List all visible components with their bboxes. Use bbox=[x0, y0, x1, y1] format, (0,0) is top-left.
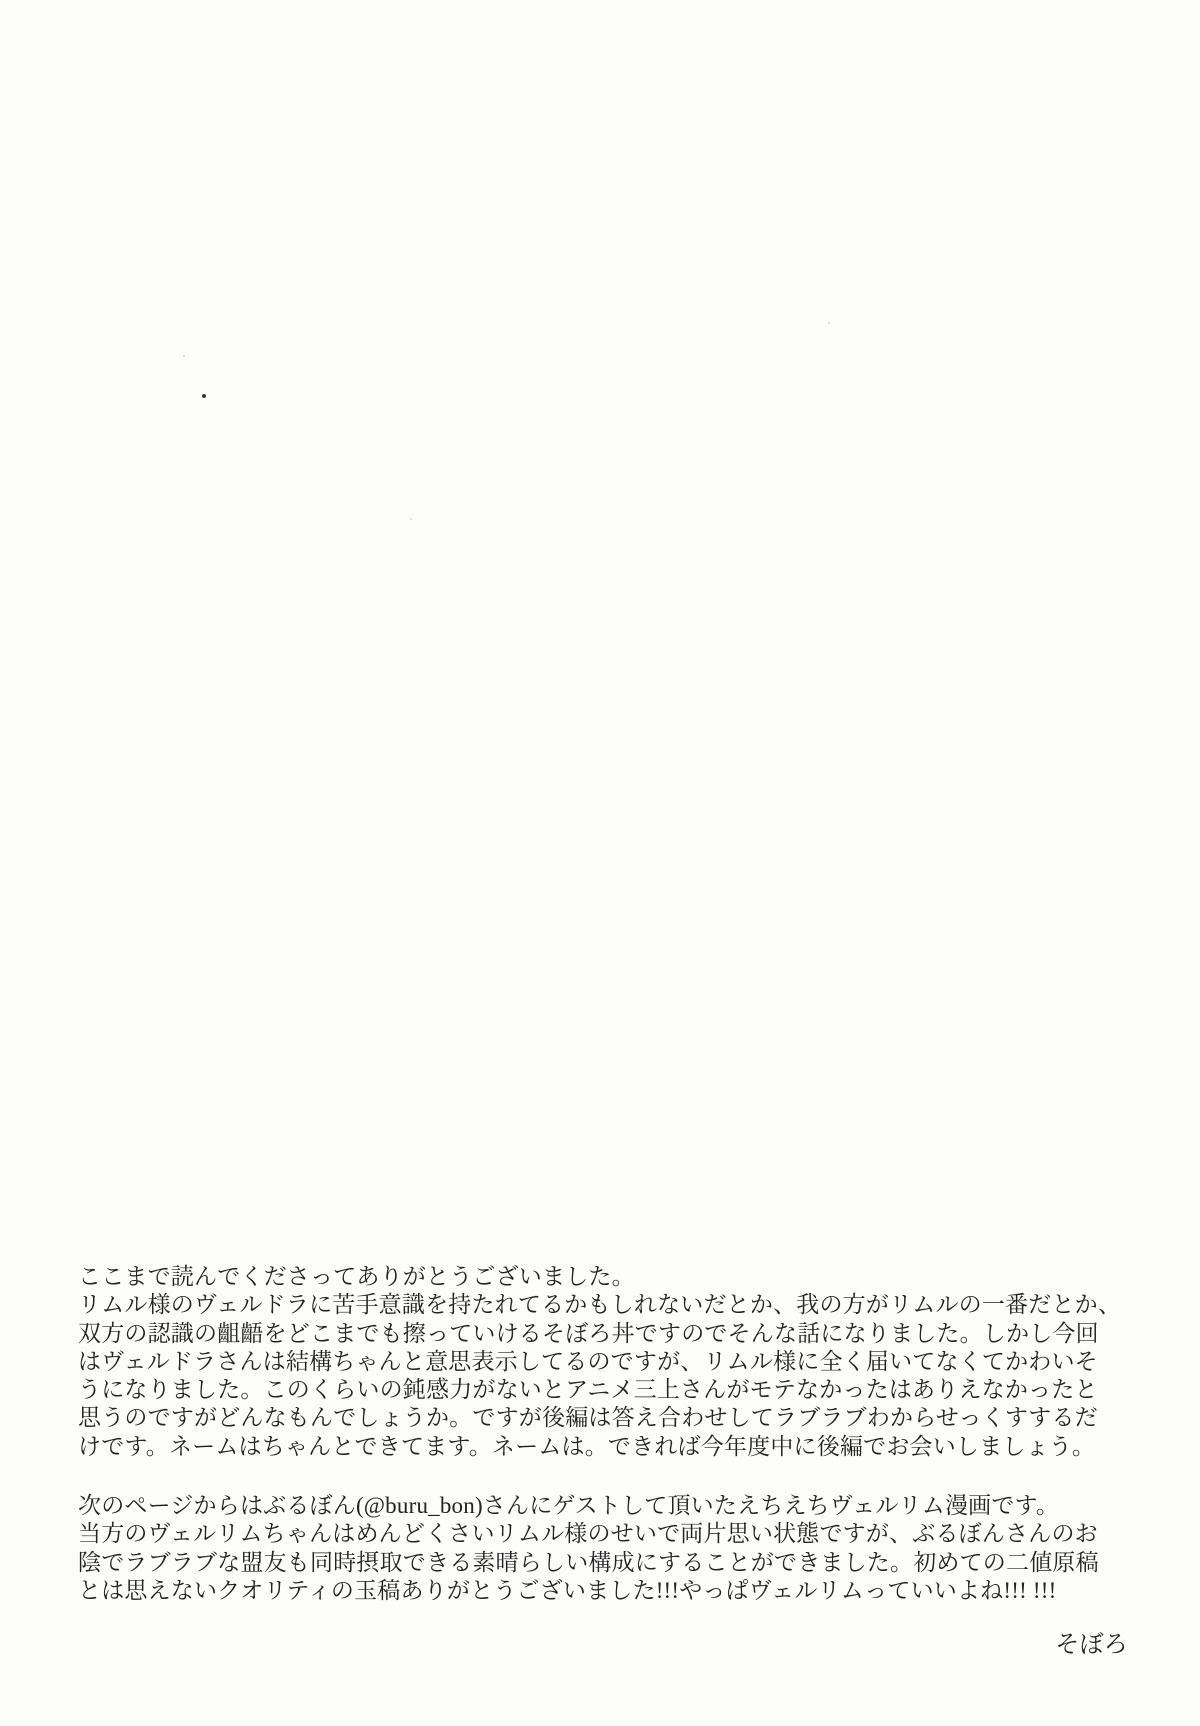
afterword-line: リムル様のヴェルドラに苦手意識を持たれてるかもしれないだとか、我の方がリムルの一… bbox=[78, 1291, 1166, 1319]
afterword-line: 陰でラブラブな盟友も同時摂取できる素晴らしい構成にすることができました。初めての… bbox=[78, 1549, 1166, 1577]
afterword-line: けです。ネームはちゃんとできてます。ネームは。できれば今年度中に後編でお会いしま… bbox=[78, 1433, 1166, 1461]
scanned-page: ここまで読んでくださってありがとうございました。 リムル様のヴェルドラに苦手意識… bbox=[0, 0, 1200, 1726]
afterword-line: ここまで読んでくださってありがとうございました。 bbox=[78, 1263, 1166, 1291]
afterword-line: うになりました。このくらいの鈍感力がないとアニメ三上さんがモテなかったはありえな… bbox=[78, 1376, 1166, 1404]
afterword-line: とは思えないクオリティの玉稿ありがとうございました!!!やっぱヴェルリムっていい… bbox=[78, 1577, 1166, 1605]
scan-speck bbox=[828, 322, 830, 324]
signature: そぼろ bbox=[78, 1631, 1166, 1659]
afterword-line: 双方の認識の齟齬をどこまでも擦っていけるそぼろ丼ですのでそんな話になりました。し… bbox=[78, 1320, 1166, 1348]
afterword-line: 当方のヴェルリムちゃんはめんどくさいリムル様のせいで両片思い状態ですが、ぶるぼん… bbox=[78, 1520, 1166, 1548]
paragraph-gap bbox=[78, 1461, 1166, 1492]
scan-speck bbox=[202, 394, 206, 398]
afterword-text-block: ここまで読んでくださってありがとうございました。 リムル様のヴェルドラに苦手意識… bbox=[78, 1263, 1166, 1660]
afterword-line: 思うのですがどんなもんでしょうか。ですが後編は答え合わせしてラブラブわからせっく… bbox=[78, 1404, 1166, 1432]
signature-gap bbox=[78, 1605, 1166, 1631]
afterword-paragraph-1: ここまで読んでくださってありがとうございました。 リムル様のヴェルドラに苦手意識… bbox=[78, 1263, 1166, 1461]
scan-speck bbox=[410, 518, 412, 520]
scan-speck bbox=[183, 355, 185, 357]
afterword-paragraph-2: 次のページからはぶるぼん(@buru_bon)さんにゲストして頂いたえちえちヴェ… bbox=[78, 1492, 1166, 1605]
afterword-line: はヴェルドラさんは結構ちゃんと意思表示してるのですが、リムル様に全く届いてなくて… bbox=[78, 1348, 1166, 1376]
afterword-line: 次のページからはぶるぼん(@buru_bon)さんにゲストして頂いたえちえちヴェ… bbox=[78, 1492, 1166, 1520]
